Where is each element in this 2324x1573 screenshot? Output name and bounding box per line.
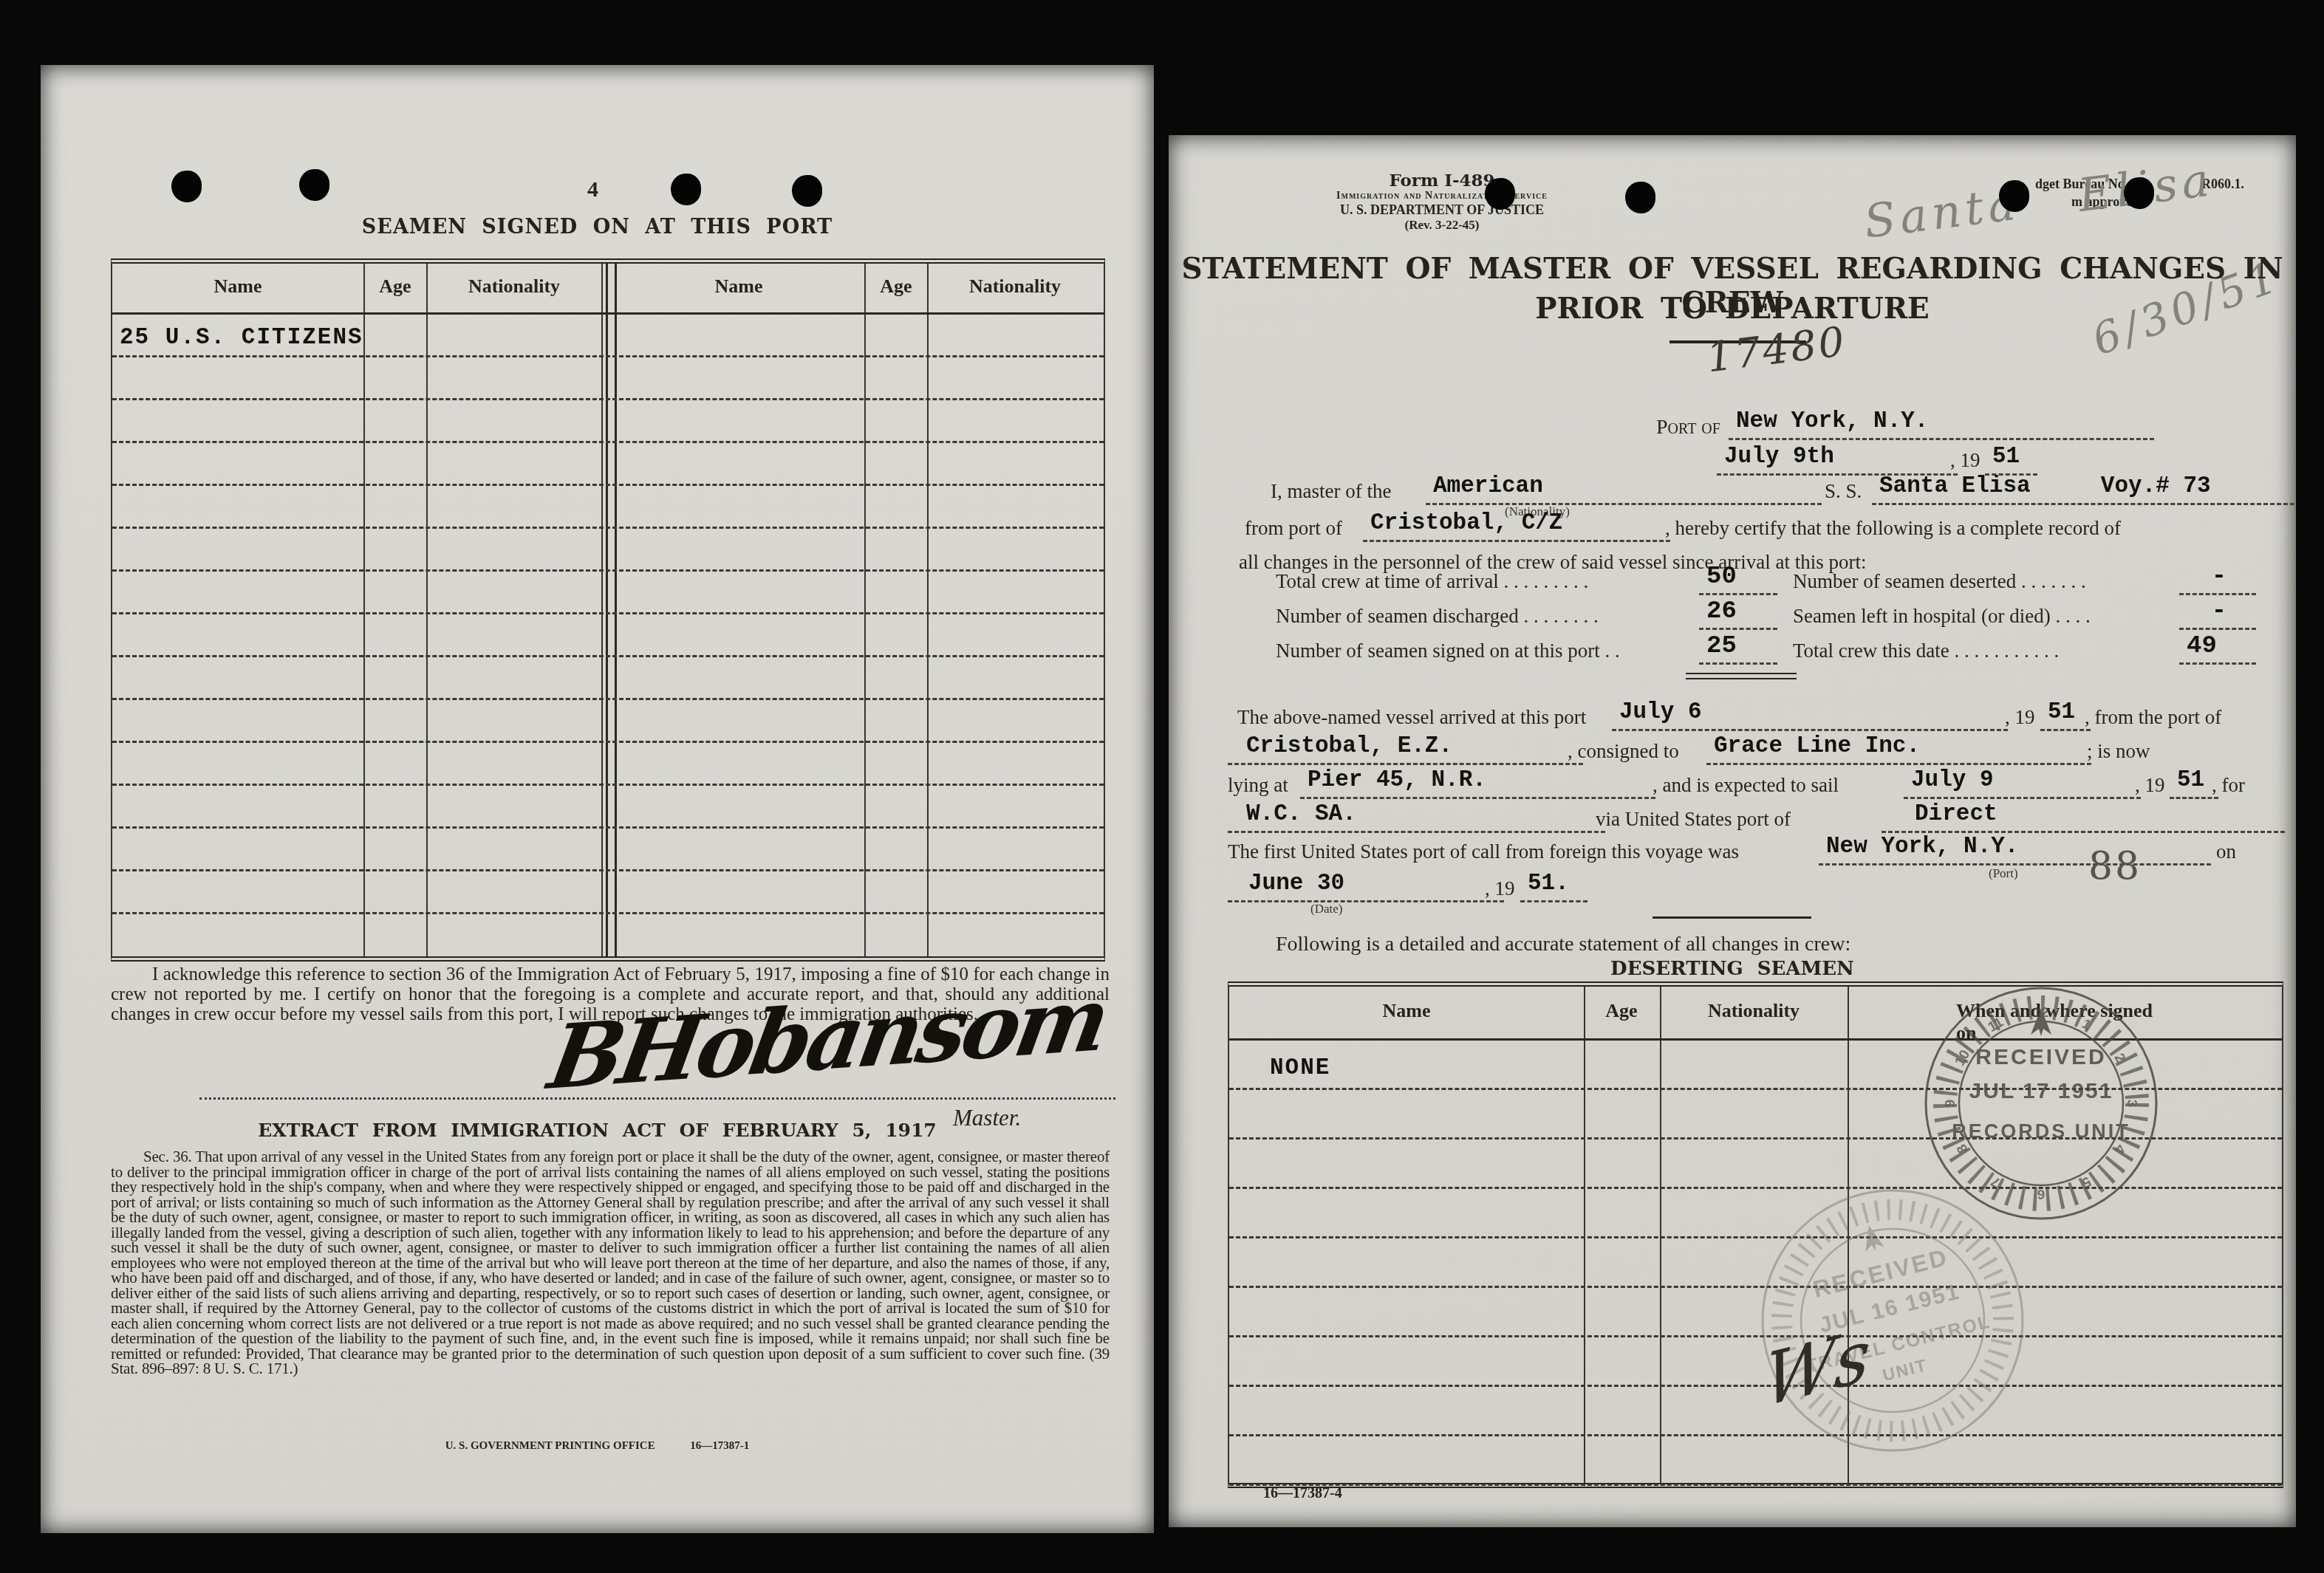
- following-statement: Following is a detailed and accurate sta…: [1276, 930, 1850, 959]
- form-number: Form I-489: [1294, 171, 1590, 191]
- from-port-label: from port of: [1245, 513, 1342, 543]
- stamp-dial-number: 3: [2124, 1100, 2139, 1108]
- signed-on-entry: 25 U.S. CITIZENS: [120, 325, 363, 351]
- column-header-age: Age: [880, 275, 912, 298]
- left-page: 4 SEAMEN SIGNED ON AT THIS PORT Name Age…: [41, 65, 1154, 1533]
- punch-hole: [1999, 180, 2029, 212]
- form-code: 16—17387-4: [1263, 1485, 1342, 1502]
- stat-value: -: [2179, 562, 2256, 595]
- table-row: [1229, 1436, 2282, 1486]
- stamp-arrow-icon: [1859, 1223, 1884, 1253]
- consigned-label: , consigned to: [1568, 736, 1679, 766]
- deserting-seamen-title: DESERTING SEAMEN: [1169, 958, 2296, 980]
- consignee-value: Grace Line Inc.: [1706, 732, 2091, 765]
- sail-year-prefix: , 19: [2135, 770, 2165, 800]
- arrival-year-prefix: , 19: [2005, 702, 2035, 732]
- destination-value: W.C. SA.: [1228, 800, 1605, 833]
- stat-value: 26: [1699, 597, 1777, 630]
- pencil-number-88: 88: [2088, 844, 2142, 888]
- master-prefix: I, master of the: [1271, 476, 1391, 506]
- lying-at-label: lying at: [1228, 770, 1288, 800]
- stat-value: 25: [1699, 631, 1777, 665]
- table-rows: 25 U.S. CITIZENS: [112, 315, 1104, 955]
- port-of-value: New York, N.Y.: [1729, 407, 2154, 440]
- certify-text: , hereby certify that the following is a…: [1665, 513, 2121, 543]
- deserting-entry: NONE: [1270, 1055, 1330, 1081]
- table-row: [112, 786, 1104, 829]
- stamp-dial-number: 6: [2037, 1186, 2046, 1202]
- handwritten-number: 17480: [1704, 318, 1849, 382]
- scanned-document: { "left_page": { "page_number": "4", "ti…: [0, 0, 2324, 1573]
- punch-hole: [792, 175, 822, 207]
- table-row: [112, 829, 1104, 871]
- vessel-and-voyage: Santa Elisa Voy.# 73: [1872, 472, 2294, 505]
- port-caption: (Port): [1989, 866, 2018, 881]
- table-row: [112, 572, 1104, 614]
- stat-value: 50: [1699, 562, 1777, 595]
- table-row: [112, 529, 1104, 572]
- sail-date: July 9: [1904, 766, 2141, 799]
- punch-hole: [2124, 177, 2154, 209]
- stat-label: Seamen left in hospital (or died) . . . …: [1793, 601, 2091, 631]
- table-row: [112, 400, 1104, 443]
- table-row: [1229, 1486, 2282, 1512]
- voyage-number: Voy.# 73: [2101, 473, 2211, 499]
- punch-hole: [171, 171, 202, 202]
- arrival-suffix: , from the port of: [2085, 702, 2221, 732]
- stat-label: Total crew at time of arrival . . . . . …: [1276, 566, 1588, 596]
- column-header-name: Name: [214, 275, 262, 298]
- section-rule: [1686, 673, 1797, 679]
- port-of-label: Port of: [1656, 413, 1720, 442]
- table-row: [112, 657, 1104, 700]
- extract-text: Sec. 36. That upon arrival of any vessel…: [111, 1149, 1110, 1377]
- arrival-year: 51: [2040, 698, 2091, 731]
- column-header-age: Age: [379, 275, 411, 298]
- stat-value: 49: [2179, 631, 2256, 665]
- stamp-dial-number: 9: [1943, 1100, 1958, 1108]
- stamp-received-text: RECEIVED: [1975, 1045, 2106, 1069]
- column-header-name: Name: [715, 275, 763, 298]
- punch-hole: [1625, 182, 1655, 213]
- first-port-value: New York, N.Y.: [1819, 832, 2211, 866]
- arrival-prefix: The above-named vessel arrived at this p…: [1237, 702, 1586, 732]
- agency-name: Immigration and Naturalization Service: [1294, 191, 1590, 202]
- pier-value: Pier 45, N.R.: [1300, 766, 1655, 799]
- via-value: Direct: [1882, 800, 2285, 833]
- vessel-name: Santa Elisa: [1879, 473, 2031, 499]
- table-row: [112, 871, 1104, 914]
- arrival-date: July 6: [1612, 698, 2008, 731]
- right-page: Form I-489 Immigration and Naturalizatio…: [1169, 135, 2296, 1527]
- form-id-block: Form I-489 Immigration and Naturalizatio…: [1294, 171, 1590, 233]
- printer-footer-text: U. S. GOVERNMENT PRINTING OFFICE: [445, 1440, 655, 1452]
- table-header-row: Name Age Nationality Name Age Nationalit…: [112, 264, 1104, 315]
- table-row: [112, 357, 1104, 400]
- punch-hole: [299, 169, 329, 201]
- column-header-age: Age: [1605, 1000, 1637, 1022]
- on-label: on: [2216, 837, 2236, 866]
- table-row: 25 U.S. CITIZENS: [112, 315, 1104, 357]
- table-row: [112, 700, 1104, 743]
- table-row: [112, 443, 1104, 486]
- column-header-nationality: Nationality: [1708, 1000, 1800, 1022]
- pencil-vessel-name: Santa Elisa: [1861, 152, 2216, 248]
- ss-label: S. S.: [1825, 476, 1862, 506]
- table-row: [112, 914, 1104, 955]
- for-label: , for: [2212, 770, 2245, 800]
- stamp-unit-text: RECORDS UNIT: [1952, 1120, 2130, 1142]
- stat-label: Number of seamen discharged . . . . . . …: [1276, 601, 1599, 631]
- form-date-value: July 9th: [1717, 442, 1958, 476]
- mid-rule: [1653, 916, 1811, 919]
- nationality-value: American: [1426, 472, 1822, 505]
- table-row: [112, 486, 1104, 529]
- form-title-line2: PRIOR TO DEPARTURE: [1169, 292, 2296, 326]
- first-port-date: June 30: [1228, 869, 1504, 902]
- form-date-year: 51: [1985, 442, 2037, 476]
- extract-title: EXTRACT FROM IMMIGRATION ACT OF FEBRUARY…: [41, 1120, 1154, 1141]
- left-page-title: SEAMEN SIGNED ON AT THIS PORT: [41, 216, 1154, 239]
- stat-label: Number of seamen deserted . . . . . . .: [1793, 566, 2086, 596]
- is-now-text: ; is now: [2087, 736, 2150, 766]
- table-row: [1229, 1337, 2282, 1387]
- stamp-dial-number: 11: [1986, 1015, 2006, 1035]
- stamp-dial-number: 12: [2033, 1005, 2048, 1021]
- stat-value: -: [2179, 597, 2256, 630]
- punch-hole: [1485, 178, 1515, 210]
- printer-footer: U. S. GOVERNMENT PRINTING OFFICE 16—1738…: [41, 1440, 1154, 1453]
- first-port-prefix: The first United States port of call fro…: [1228, 837, 1739, 866]
- date-year-prefix: , 19: [1950, 445, 1980, 475]
- stamp-date-text: JUL 17 1951: [1969, 1079, 2113, 1103]
- department-name: U. S. DEPARTMENT OF JUSTICE: [1294, 202, 1590, 218]
- punch-hole: [671, 174, 701, 205]
- page-number: 4: [587, 177, 598, 202]
- table-row: [112, 614, 1104, 657]
- date-caption: (Date): [1310, 902, 1342, 916]
- sail-label: , and is expected to sail: [1653, 770, 1839, 800]
- via-label: via United States port of: [1596, 804, 1791, 834]
- column-header-nationality: Nationality: [969, 275, 1061, 298]
- form-code: 16—17387-1: [690, 1440, 749, 1452]
- seamen-signed-on-table: Name Age Nationality Name Age Nationalit…: [111, 258, 1105, 962]
- stamp-unit-text2: UNIT: [1881, 1355, 1930, 1385]
- table-row: [112, 743, 1104, 786]
- revision-label: (Rev. 3-22-45): [1294, 218, 1590, 233]
- stat-label: Total crew this date . . . . . . . . . .…: [1793, 636, 2059, 665]
- column-header-nationality: Nationality: [468, 275, 560, 298]
- table-row: [1229, 1387, 2282, 1436]
- first-port-year: 51.: [1520, 869, 1588, 902]
- column-header-name: Name: [1383, 1000, 1431, 1022]
- from-port-value: Cristobal, C/Z: [1363, 509, 1670, 542]
- stat-label: Number of seamen signed on at this port …: [1276, 636, 1620, 665]
- first-port-year-prefix: , 19: [1485, 874, 1515, 903]
- arrival-from-port: Cristobal, E.Z.: [1228, 732, 1583, 765]
